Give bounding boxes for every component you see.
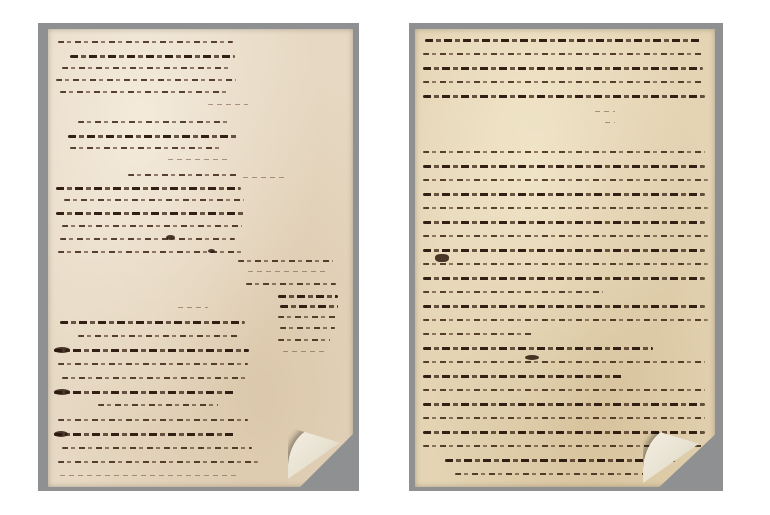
manuscript-panel-right: Manuscript page 2 [409, 23, 723, 491]
panel-label: Manuscript page 2 [409, 23, 410, 24]
manuscript-page-left [48, 29, 353, 487]
panel-label: Manuscript page 1 [38, 23, 39, 24]
manuscript-panel-left: Manuscript page 1 [38, 23, 359, 491]
manuscript-page-right [415, 29, 715, 487]
